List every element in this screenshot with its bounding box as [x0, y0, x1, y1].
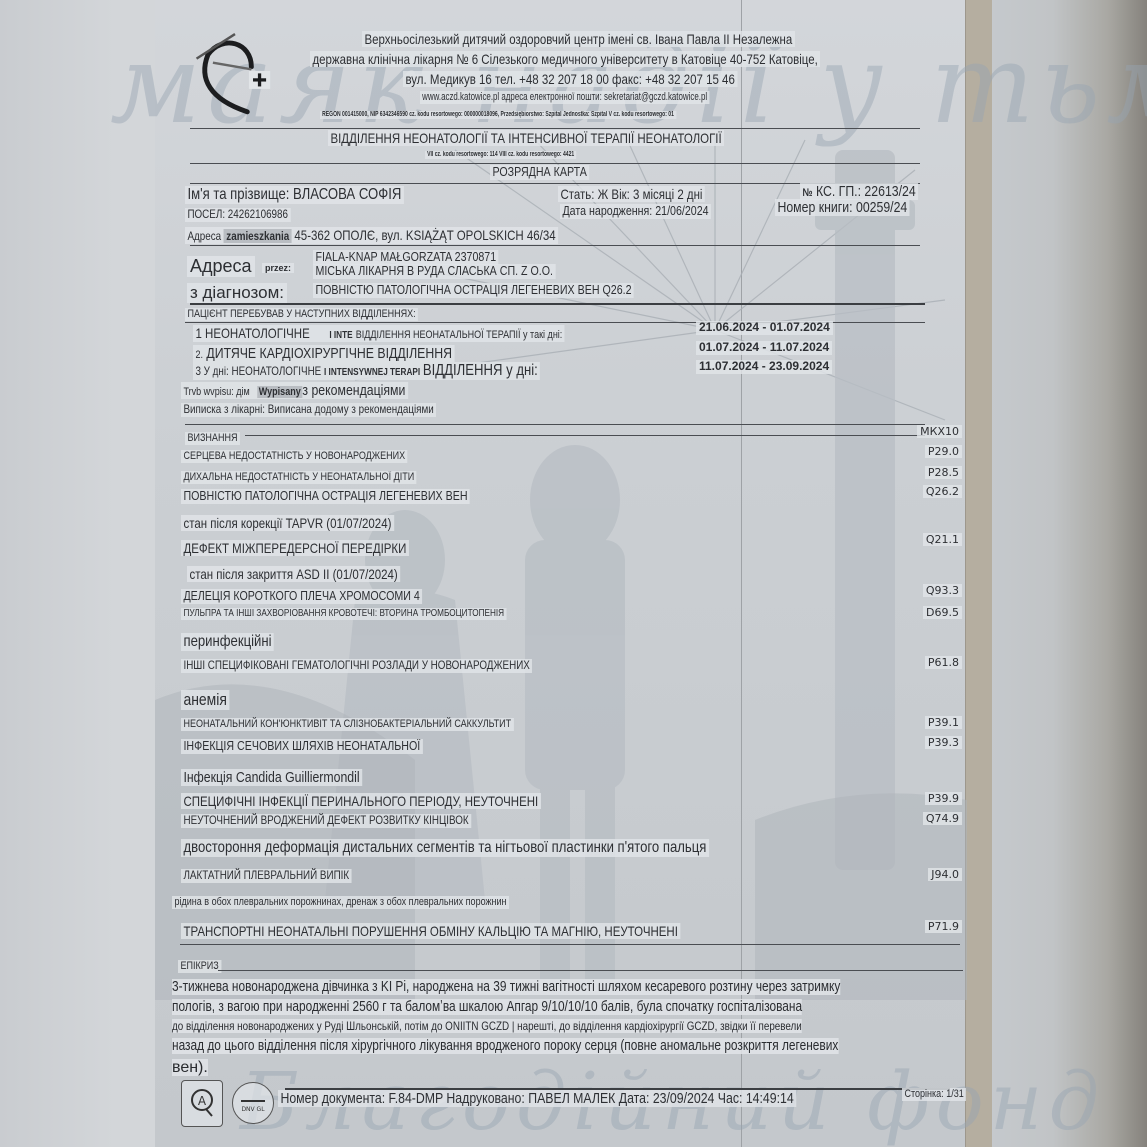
diagnosis-text: стан після закриття ASD II (01/07/2024) — [187, 566, 400, 582]
stay-1-dates: 21.06.2024 - 01.07.2024 — [696, 321, 833, 335]
stay-suffix: ВІДДІЛЕННЯ у дні: — [423, 362, 538, 379]
discharge-info: Виписка з лікарні: Виписана додому з рек… — [181, 403, 436, 417]
discharge-mode-label: Trvb wvpisu: дім — [183, 386, 249, 398]
icd10-code: Q26.2 — [923, 485, 962, 498]
discharge-mode-suffix: з рекомендаціями — [302, 382, 405, 399]
diagnosis-text: ДЕФЕКТ МІЖПЕРЕДЕРСНОЇ ПЕРЕДІРКИ — [181, 540, 409, 556]
stay-1: 1 НЕОНАТОЛОГІЧНЕ I INTE ВІДДІЛЕННЯ НЕОНА… — [193, 325, 565, 342]
stay-2: 2. ДИТЯЧЕ КАРДІОХІРУРГІЧНЕ ВІДДІЛЕННЯ — [193, 345, 454, 362]
icd10-code: P39.1 — [925, 716, 962, 729]
background-right — [990, 0, 1147, 1147]
diagnosis-text: НЕОНАТАЛЬНИЙ КОН'ЮНКТИВІТ ТА СЛІЗНОБАКТЕ… — [181, 718, 514, 731]
divider — [218, 970, 963, 971]
diagnosis-text: ПУЛЬПРА ТА ІНШІ ЗАХВОРІОВАННЯ КРОВОТЕЧІ:… — [181, 608, 507, 620]
epicrisis-line: 3-тижнева новонароджена дівчинка з KI Pi… — [172, 979, 840, 995]
stay-3-dates: 11.07.2024 - 23.09.2024 — [696, 360, 832, 374]
icd10-code: Q74.9 — [923, 812, 962, 825]
record-number: № КС. ГП.: 22613/24 — [800, 183, 918, 200]
stay-num: 1 — [195, 325, 201, 341]
quality-cert-badge-icon: A — [181, 1080, 223, 1127]
diagnosis-text: ІНФЕКЦІЯ СЕЧОВИХ ШЛЯХІВ НЕОНАТАЛЬНОЇ — [181, 739, 423, 754]
stay-ward: НЕОНАТОЛОГІЧНЕ — [205, 325, 310, 341]
icd10-code: P28.5 — [925, 466, 962, 479]
discharge-mode-value: Wypisany — [257, 386, 302, 398]
discharge-mode: Trvb wvpisu: дім Wypisanyз рекомендаціям… — [181, 382, 408, 399]
stay-extra: I INTENSYWNEJ TERAPI — [324, 367, 420, 378]
diagnosis-text: ДЕЛЕЦІЯ КОРОТКОГО ПЛЕЧА ХРОМОСОМИ 4 — [181, 589, 422, 604]
icd10-code: J94.0 — [928, 868, 962, 881]
hospital-logo-icon — [190, 25, 280, 125]
header-registry: REGON 001415000, NIP 6342346590 cz. kodu… — [320, 111, 676, 119]
icd10-code: P29.0 — [925, 445, 962, 458]
referral-hospital: МІСЬКА ЛІКАРНЯ В РУДА СЛАСЬКА СП. Z O.O. — [313, 264, 555, 279]
epicrisis-text: 3-тижнева новонароджена дівчинка з KI Pi… — [172, 978, 962, 1078]
stay-2-dates: 01.07.2024 - 11.07.2024 — [696, 341, 832, 355]
diagnosis-text: ЛАКТАТНИЙ ПЛЕВРАЛЬНИЙ ВИПІК — [181, 869, 352, 883]
card-title: РОЗРЯДНА КАРТА — [490, 165, 589, 180]
diagnosis-text: ДИХАЛЬНА НЕДОСТАТНІСТЬ У НЕОНАТАЛЬНОЇ ДІ… — [181, 471, 417, 484]
icd10-code: P39.9 — [925, 792, 962, 805]
epicrisis-line: до відділення новонароджених у Руді Шльо… — [172, 1019, 802, 1033]
diagnosis-text: НЕУТОЧНЕНИЙ ВРОДЖЕНИЙ ДЕФЕКТ РОЗВИТКУ КІ… — [181, 814, 471, 828]
address-label: Адреса — [187, 229, 221, 243]
epicrisis-line: вен). — [172, 1059, 208, 1076]
diagnosis-text: стан після корекції TAPVR (01/07/2024) — [181, 515, 394, 531]
stay-num: 2. — [195, 349, 203, 361]
referral-diagnosis: ПОВНІСТЮ ПАТОЛОГІЧНА ОСТРАЦІЯ ЛЕГЕНЕВИХ … — [313, 283, 634, 298]
diagnosis-text: Інфекція Candida Guilliermondil — [181, 769, 362, 786]
diagnosis-text: рідина в обох плевральних порожнинах, др… — [172, 896, 509, 909]
icd10-code: D69.5 — [923, 606, 962, 619]
dnv-gl-badge-icon: DNV GL — [232, 1082, 274, 1124]
icd10-header: МКХ10 — [917, 425, 962, 438]
stay-ward: ДИТЯЧЕ КАРДІОХІРУРГІЧНЕ ВІДДІЛЕННЯ — [206, 345, 452, 362]
record-no-value: КС. ГП.: 22613/24 — [816, 183, 916, 200]
diagnosis-text: СПЕЦИФІЧНІ ІНФЕКЦІЇ ПЕРИНАЛЬНОГО ПЕРІОДУ… — [181, 793, 541, 809]
epicrisis-line: пологів, з вагою при народженні 2560 г т… — [172, 999, 802, 1015]
svg-text:A: A — [198, 1094, 207, 1108]
diagnosis-text: СЕРЦЕВА НЕДОСТАТНІСТЬ У НОВОНАРОДЖЕНИХ — [181, 450, 408, 463]
department-codes: VII cz. kodu resortowego: 114 VIII cz. k… — [425, 151, 576, 159]
header-line-3: вул. Медикув 16 тел. +48 32 207 18 00 фа… — [403, 71, 737, 87]
patient-name: Ім'я та прізвище: ВЛАСОВА СОФІЯ — [185, 186, 404, 204]
divider — [190, 303, 925, 305]
divider — [180, 944, 960, 945]
referral-via-label: przez: — [262, 263, 294, 273]
page-number: Сторінка: 1/31 — [902, 1088, 966, 1101]
header-line-2: державна клінічна лікарня № 6 Сілезького… — [310, 51, 820, 67]
address-type: zamieszkania — [224, 229, 292, 243]
icd10-code: Q93.3 — [923, 584, 962, 597]
stays-header: ПАЦІЄНТ ПЕРЕБУВАВ У НАСТУПНИХ ВІДДІЛЕННЯ… — [185, 308, 418, 321]
patient-pesel: ПОСЕЛ: 24262106986 — [185, 208, 290, 222]
diagnosis-text: ТРАНСПОРТНІ НЕОНАТАЛЬНІ ПОРУШЕННЯ ОБМІНУ… — [181, 923, 680, 939]
icd10-code: P61.8 — [925, 656, 962, 669]
diagnosis-text: перинфекційні — [181, 633, 274, 651]
book-number: Номер книги: 00259/24 — [775, 199, 910, 216]
patient-birth-date: Дата народження: 21/06/2024 — [560, 204, 711, 219]
divider — [190, 245, 920, 246]
fold-line — [741, 0, 742, 1147]
icd10-code: Q21.1 — [923, 533, 962, 546]
divider — [245, 435, 925, 436]
patient-address: Адреса zamieszkania 45-362 ОПОЛЄ, вул. K… — [185, 227, 558, 244]
patient-sex-age: Стать: Ж Вік: 3 місяці 2 дні — [558, 186, 705, 202]
svg-text:DNV GL: DNV GL — [241, 1106, 265, 1113]
header-website[interactable]: www.aczd.katowice.pl адреса електронної … — [420, 91, 709, 104]
diagnosis-text: ІНШІ СПЕЦИФІКОВАНІ ГЕМАТОЛОГІЧНІ РОЗЛАДИ… — [181, 659, 532, 673]
diagnoses-header: ВИЗНАННЯ — [185, 432, 240, 445]
stay-suffix: ВІДДІЛЕННЯ НЕОНАТАЛЬНОЇ ТЕРАПІЇ у такі д… — [356, 329, 563, 341]
paper-edge — [965, 0, 992, 1147]
divider — [190, 128, 920, 129]
record-no-prefix: № — [802, 187, 812, 199]
stay-3: 3 У дні: НЕОНАТОЛОГІЧНЕ I INTENSYWNEJ TE… — [193, 362, 540, 380]
epicrisis-header: ЕПІКРИЗ — [178, 960, 221, 973]
epicrisis-line: назад до цього відділення після хірургіч… — [172, 1038, 838, 1054]
icd10-code: P71.9 — [925, 920, 962, 933]
address-value: 45-362 ОПОЛЄ, вул. KSIĄŻĄT OPOLSKICH 46/… — [294, 227, 555, 243]
diagnosis-text: анемія — [181, 690, 229, 710]
diagnosis-text: ПОВНІСТЮ ПАТОЛОГІЧНА ОСТРАЦІЯ ЛЕГЕНЕВИХ … — [181, 489, 470, 504]
footer-doc-info: Номер документа: F.84-DMP Надруковано: П… — [278, 1090, 796, 1107]
stay-ward: У дні: НЕОНАТОЛОГІЧНЕ — [204, 364, 322, 378]
department-title: ВІДДІЛЕННЯ НЕОНАТОЛОГІЇ ТА ІНТЕНСИВНОЇ Т… — [328, 130, 724, 146]
stay-extra: I INTE — [329, 330, 352, 341]
header-line-1: Верхньосілезький дитячий оздоровчий цент… — [362, 31, 795, 47]
divider — [185, 424, 925, 425]
icd10-code: P39.3 — [925, 736, 962, 749]
referral-diagnosis-label: з діагнозом: — [187, 283, 287, 303]
diagnosis-text: двостороння деформація дистальних сегмен… — [181, 839, 709, 857]
referral-address-label: Адреса — [187, 256, 255, 277]
stay-num: 3 — [195, 364, 200, 378]
